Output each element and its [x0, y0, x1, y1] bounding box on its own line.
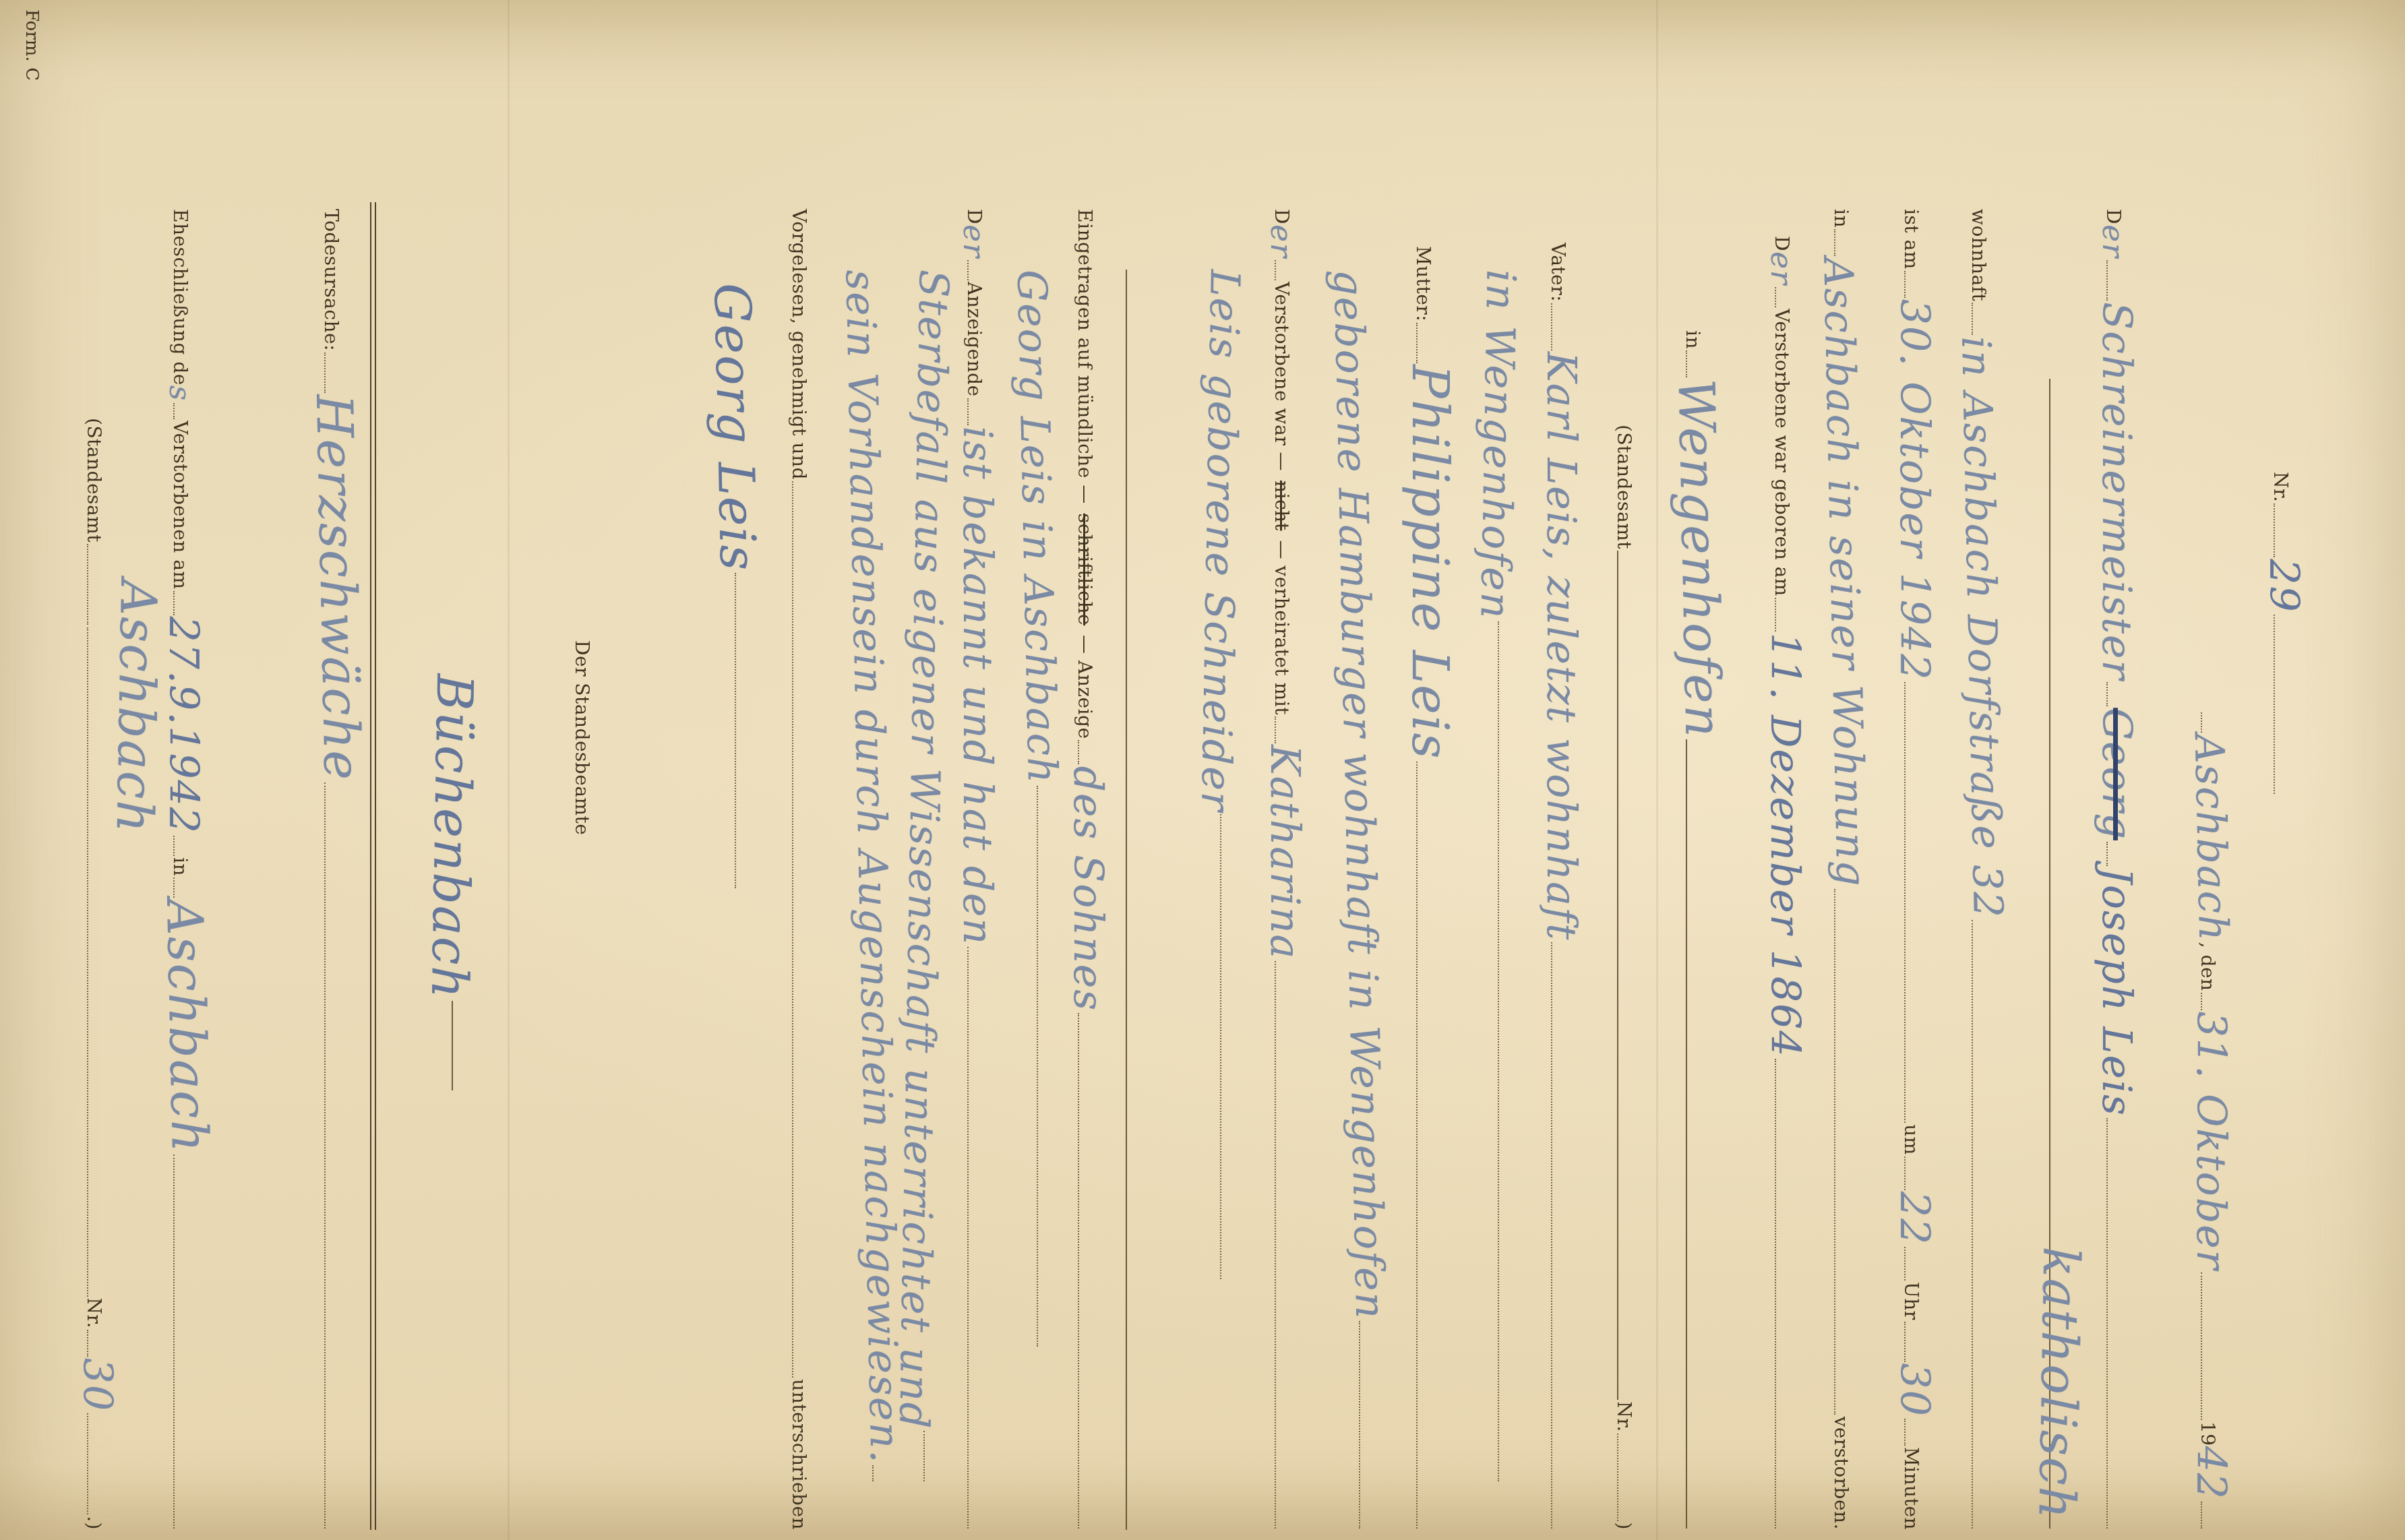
dotted-fill [967, 260, 971, 280]
dotted-fill [1078, 740, 1082, 764]
approval-label1: Vorgelesen, genehmigt und [788, 209, 810, 480]
spouse-continuation-line: Leis geborene Schneider [1216, 270, 1224, 1281]
registrar-signature-line: Büchenbach [448, 674, 456, 1092]
footer-standesamt-label: (Standesamt [83, 418, 105, 543]
marriage-label1: Eheschließung de [169, 209, 191, 386]
marriage-place: Aschbach [184, 899, 189, 1153]
marital-label2: — verheiratet mit [1271, 540, 1293, 715]
statement-text-4: sein Vorhandensein durch Augenschein nac… [859, 270, 884, 1464]
marriage-label2: Verstorbenen am [169, 421, 191, 589]
dotted-fill [2106, 682, 2110, 706]
statement-text-3: Sterbefall aus eigener Wissenschaft unte… [913, 270, 934, 1429]
dotted-fill [87, 1413, 91, 1514]
dotted-fill [87, 544, 91, 625]
dotted-fill [1834, 229, 1838, 256]
dotted-fill [173, 1154, 177, 1529]
dotted-fill [2201, 712, 2205, 733]
mother-continuation: geborene Hamburger wohnhaft in Wengenhof… [1348, 270, 1370, 1320]
death-place: Aschbach in seiner Wohnung [1837, 257, 1851, 888]
dotted-fill [1078, 1013, 1082, 1529]
death-record-page: Nr. 29 Aschbach , den 31. Oktober 19 42 … [0, 0, 2405, 1540]
death-um: um [1900, 1124, 1922, 1155]
death-in: in [1830, 209, 1852, 228]
footer-nr-label: Nr. [83, 1298, 105, 1328]
registration-informant-name: Georg Leis in Aschbach [1031, 270, 1042, 784]
birth-label: Verstorbene war geboren am [1771, 309, 1793, 596]
deceased-name-line: D er Schreinermeister Georg Joseph Leis [2102, 209, 2125, 1530]
dateline-century: 19 [2197, 1421, 2219, 1446]
birthplace-in: in [1682, 330, 1704, 349]
dotted-fill [1775, 287, 1779, 307]
record-number-label: Nr. [2270, 472, 2292, 502]
informant-label: Anzeigende [963, 282, 985, 397]
death-verstorben: verstorben. [1830, 1416, 1852, 1530]
dotted-fill [967, 947, 971, 1529]
dotted-fill [2201, 993, 2205, 1010]
dotted-fill [1775, 1059, 1779, 1529]
paper-crease [1656, 0, 1658, 1540]
cause-of-death-line: Todesursache: Herzschwäche [320, 209, 342, 1530]
dotted-fill [1972, 303, 1976, 335]
deceased-religion: katholisch [2056, 1247, 2061, 1520]
father-continuation-line: in Wengenhofen [1494, 270, 1502, 1483]
dotted-fill [1551, 942, 1555, 1529]
marriage-event-line: Eheschließung de s Verstorbenen am 27.9.… [169, 209, 191, 1530]
residence-label: wohnhaft [1968, 209, 1990, 301]
birth-paren: ) [1613, 1522, 1635, 1530]
dotted-fill [1904, 1322, 1908, 1362]
cause-value: Herzschwäche [334, 394, 342, 781]
residence-value: in Aschbach Dorfstraße 32 [1976, 336, 1988, 919]
deceased-d: D [2102, 209, 2125, 224]
dotted-fill [1220, 814, 1224, 1279]
dotted-fill [967, 398, 971, 425]
dotted-fill [1416, 762, 1420, 1529]
record-number-line: Nr. 29 [2270, 472, 2292, 795]
dateline-den: , den [2197, 942, 2219, 991]
dateline-place: Aschbach [2209, 734, 2213, 942]
statement-hw-line4: sein Vorhandensein durch Augenschein nac… [868, 270, 876, 1483]
death-time-line: ist am 30. Oktober 1942 um 22 Uhr 30 Min… [1900, 209, 1922, 1530]
marriage-in: in [169, 857, 191, 876]
dotted-fill [2274, 503, 2278, 557]
dotted-fill [1775, 598, 1779, 632]
dotted-fill [1972, 920, 1976, 1529]
dotted-fill [324, 352, 328, 393]
birth-d: D [1771, 236, 1793, 251]
registration-label2: — Anzeige [1074, 635, 1096, 739]
dotted-fill [173, 403, 177, 419]
dotted-fill [2274, 615, 2278, 794]
marital-nicht-struck: nicht [1271, 481, 1293, 530]
deceased-continuation-line: katholisch [2045, 377, 2053, 1530]
dotted-fill [1551, 303, 1555, 350]
dotted-fill [1359, 1321, 1363, 1529]
residence-line: wohnhaft in Aschbach Dorfstraße 32 [1968, 209, 1990, 1530]
section-separator-rule [1126, 270, 1127, 1530]
paper-crease [508, 0, 510, 1540]
statement-hw-line3: Sterbefall aus eigener Wissenschaft unte… [919, 270, 927, 1483]
mother-label: Mutter: [1412, 246, 1434, 321]
registrar-signature: Büchenbach [449, 674, 454, 999]
dotted-fill [1617, 1434, 1621, 1521]
party-signature-line: Georg Leis [731, 283, 739, 890]
father-line: Vater: Karl Leis, zuletzt wohnhaft [1547, 243, 1569, 1530]
birth-registry-line: (Standesamt Nr. ) [1613, 425, 1635, 1530]
birthplace-value: Wengenhofen [1695, 379, 1703, 738]
dotted-fill [1904, 271, 1908, 298]
dotted-fill [2201, 1272, 2205, 1421]
death-ist-am: ist am [1900, 209, 1922, 270]
registration-schriftliche-struck: schriftliche [1074, 514, 1096, 625]
informant-line: D er Anzeigende ist bekannt und hat den [963, 209, 985, 1530]
dotted-fill [1416, 323, 1420, 363]
solid-fill [1617, 551, 1621, 1400]
registrar-title: Der Standesbeamte [571, 640, 593, 835]
dotted-fill [1037, 786, 1041, 1347]
section-double-rule [370, 202, 376, 1530]
approval-label2: unterschrieben [788, 1379, 810, 1530]
dotted-fill [1904, 1419, 1908, 1446]
dotted-fill [173, 877, 177, 898]
marital-label1: Verstorbene war — [1271, 282, 1293, 471]
cause-label: Todesursache: [320, 209, 342, 351]
dotted-fill [2106, 260, 2110, 301]
death-minuten: Minuten [1900, 1447, 1922, 1530]
dotted-fill [1498, 621, 1502, 1481]
dotted-fill [173, 836, 177, 856]
footer-paren: .) [83, 1516, 105, 1530]
dotted-fill [1904, 682, 1908, 1123]
mother-line: Mutter: Philippine Leis [1412, 246, 1434, 1530]
mother-continuation-line: geborene Hamburger wohnhaft in Wengenhof… [1355, 270, 1363, 1530]
registration-line: Eingetragen auf mündliche — schriftliche… [1074, 209, 1096, 1530]
marital-status-line: D er Verstorbene war — nicht — verheirat… [1271, 209, 1293, 1530]
dotted-fill [735, 573, 739, 888]
dotted-fill [1275, 961, 1279, 1529]
dotted-fill [1834, 889, 1838, 1415]
solid-fill [452, 1001, 456, 1090]
death-uhr: Uhr [1900, 1282, 1922, 1320]
death-place-line: in Aschbach in seiner Wohnung verstorben… [1830, 209, 1852, 1530]
dotted-fill [1275, 260, 1279, 280]
dotted-fill [1904, 1157, 1908, 1190]
solid-fill [1686, 739, 1690, 1529]
informant-d: D [963, 209, 985, 224]
birth-place-line: in Wengenhofen [1682, 330, 1704, 1530]
footer-standesamt-value: Aschbach [134, 580, 139, 834]
dotted-fill [173, 591, 177, 615]
approval-line: Vorgelesen, genehmigt und unterschrieben [788, 209, 810, 1530]
dotted-fill [2201, 1502, 2205, 1529]
dateline: Aschbach , den 31. Oktober 19 42 [2197, 711, 2219, 1530]
registration-label1: Eingetragen auf mündliche — [1074, 209, 1096, 504]
birth-standesamt-label: (Standesamt [1613, 425, 1635, 549]
father-continuation: in Wengenhofen [1494, 270, 1500, 619]
father-label: Vater: [1547, 243, 1569, 302]
marital-d: D [1271, 209, 1293, 224]
dotted-fill [923, 1431, 927, 1481]
dotted-fill [1275, 716, 1279, 743]
dotted-fill [872, 1465, 876, 1481]
dotted-fill [2106, 1118, 2110, 1529]
dotted-fill [87, 1330, 91, 1357]
dotted-fill [792, 481, 796, 1378]
birth-nr-label: Nr. [1613, 1401, 1635, 1431]
dotted-fill [87, 627, 91, 1297]
party-signature: Georg Leis [732, 283, 738, 572]
dotted-fill [1904, 1247, 1908, 1281]
registrar-title-line: Der Standesbeamte [571, 640, 593, 1112]
birth-date-line: D er Verstorbene war geboren am 11. Deze… [1771, 236, 1793, 1530]
spouse-continuation: Leis geborene Schneider [1215, 270, 1225, 812]
dotted-fill [1686, 350, 1690, 377]
dotted-fill [2106, 842, 2110, 866]
form-code: Form. C [22, 9, 42, 81]
dotted-fill [324, 782, 328, 1529]
registration-hw-line2: Georg Leis in Aschbach [1033, 270, 1041, 1348]
footer-registry-line: (Standesamt Aschbach Nr. 30 .) [83, 418, 105, 1530]
